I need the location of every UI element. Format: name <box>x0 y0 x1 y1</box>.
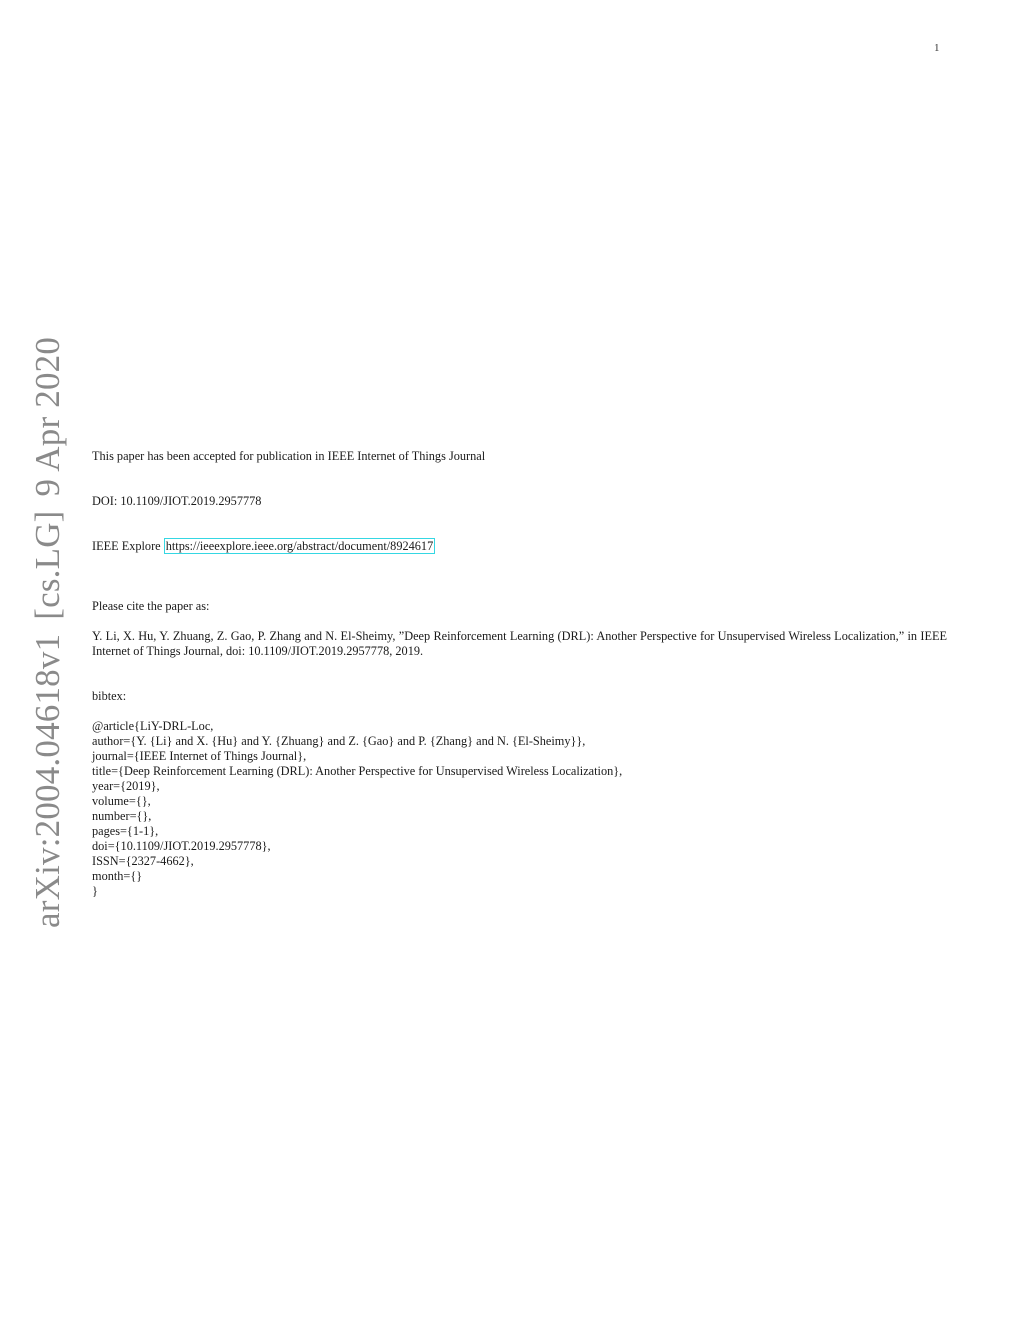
arxiv-date: 9 Apr 2020 <box>28 337 67 497</box>
bibtex-line: doi={10.1109/JIOT.2019.2957778}, <box>92 839 947 854</box>
bibtex-line: @article{LiY-DRL-Loc, <box>92 719 947 734</box>
doi-value: 10.1109/JIOT.2019.2957778 <box>120 494 261 508</box>
bibtex-line: } <box>92 884 947 899</box>
arxiv-id: arXiv:2004.04618v1 <box>28 634 67 928</box>
bibtex-block: @article{LiY-DRL-Loc, author={Y. {Li} an… <box>92 719 947 899</box>
bibtex-label: bibtex: <box>92 689 947 704</box>
cite-label: Please cite the paper as: <box>92 599 947 614</box>
ieee-explore-line: IEEE Explore https://ieeexplore.ieee.org… <box>92 539 947 554</box>
ieee-explore-link[interactable]: https://ieeexplore.ieee.org/abstract/doc… <box>164 538 436 554</box>
arxiv-category: [cs.LG] <box>28 510 67 619</box>
ieee-explore-label: IEEE Explore <box>92 539 161 553</box>
bibtex-line: ISSN={2327-4662}, <box>92 854 947 869</box>
bibtex-line: month={} <box>92 869 947 884</box>
doi-line: DOI: 10.1109/JIOT.2019.2957778 <box>92 494 947 509</box>
page-number: 1 <box>934 42 940 54</box>
acceptance-notice: This paper has been accepted for publica… <box>92 449 947 464</box>
doi-label: DOI: <box>92 494 117 508</box>
bibtex-line: author={Y. {Li} and X. {Hu} and Y. {Zhua… <box>92 734 947 749</box>
bibtex-line: number={}, <box>92 809 947 824</box>
bibtex-line: title={Deep Reinforcement Learning (DRL)… <box>92 764 947 779</box>
document-body: This paper has been accepted for publica… <box>92 449 947 899</box>
bibtex-line: year={2019}, <box>92 779 947 794</box>
bibtex-line: journal={IEEE Internet of Things Journal… <box>92 749 947 764</box>
arxiv-stamp: arXiv:2004.04618v1[cs.LG]9 Apr 2020 <box>28 337 68 928</box>
citation-text: Y. Li, X. Hu, Y. Zhuang, Z. Gao, P. Zhan… <box>92 629 947 659</box>
bibtex-line: pages={1-1}, <box>92 824 947 839</box>
bibtex-line: volume={}, <box>92 794 947 809</box>
